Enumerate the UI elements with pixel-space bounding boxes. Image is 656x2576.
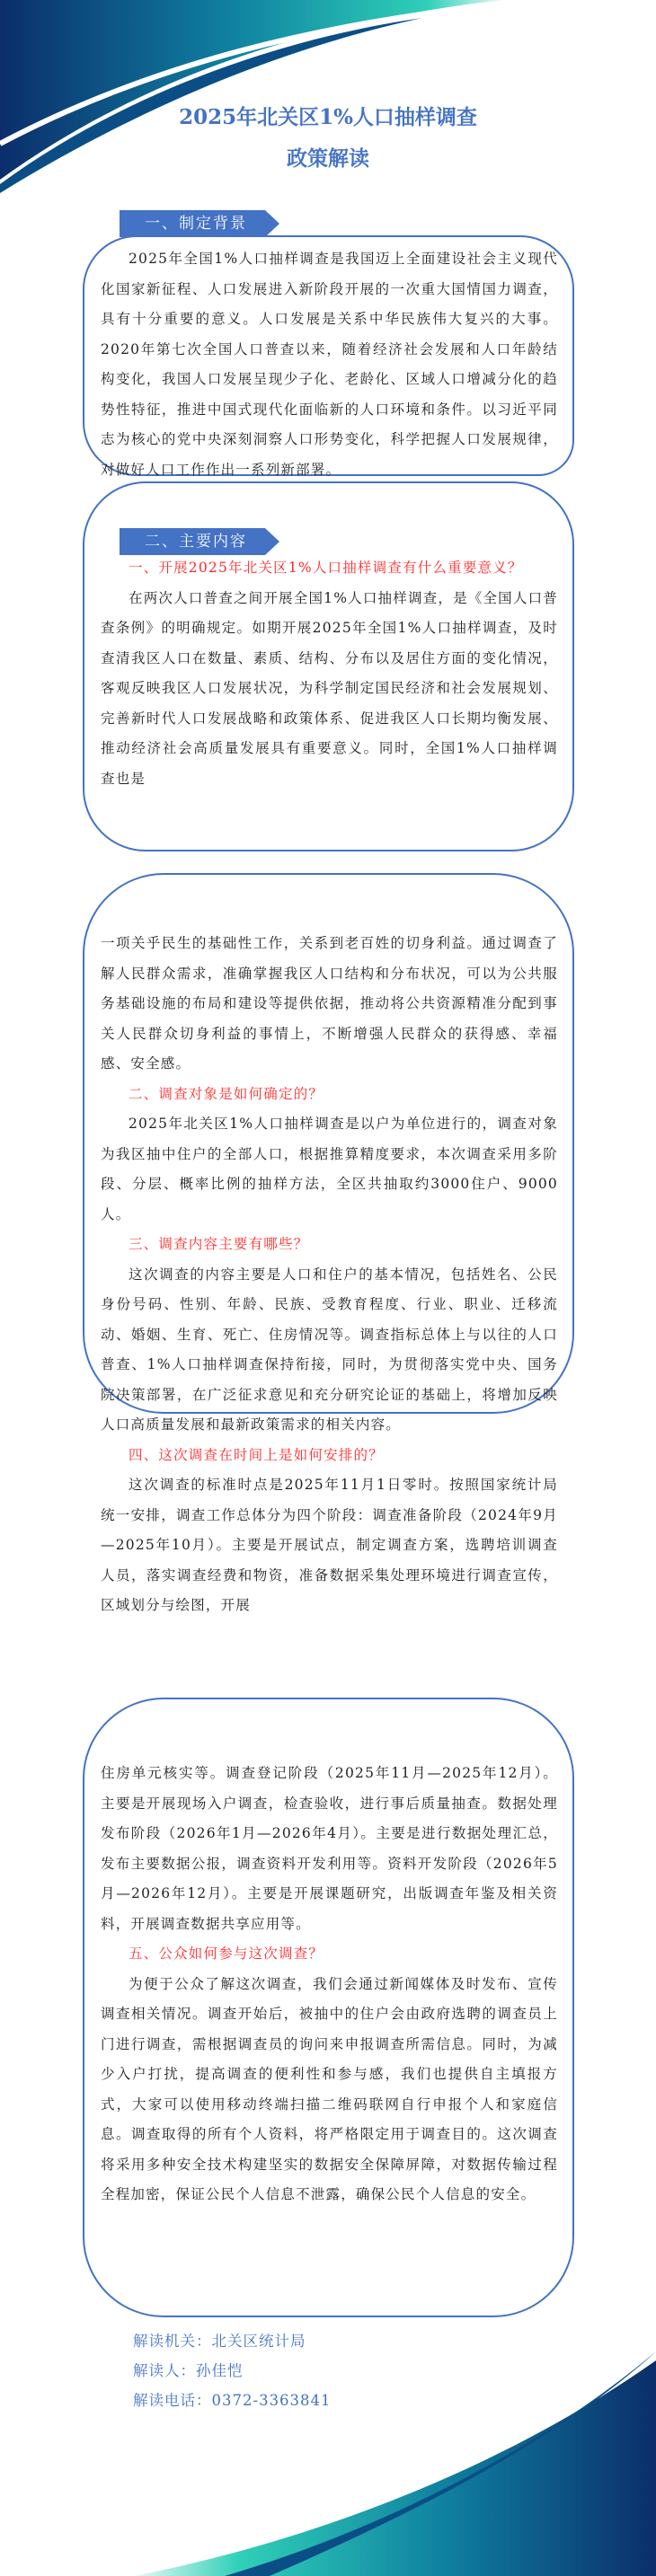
answer-4-continued: 住房单元核实等。调查登记阶段（2025年11月—2025年12月）。主要是开展现…: [101, 1759, 558, 1939]
answer-2: 2025年北关区1%人口抽样调查是以户为单位进行的，调查对象为我区抽中住户的全部…: [101, 1109, 558, 1230]
question-4: 四、这次调查在时间上是如何安排的？: [101, 1441, 558, 1471]
question-3: 三、调查内容主要有哪些？: [101, 1230, 558, 1260]
main-content-box-2: 一项关乎民生的基础性工作，关系到老百姓的切身利益。通过调查了解人民群众需求，准确…: [83, 873, 574, 1414]
question-2: 二、调查对象是如何确定的？: [101, 1080, 558, 1110]
answer-5: 为便于公众了解这次调查，我们会通过新闻媒体及时发布、宣传调查相关情况。调查开始后…: [101, 1970, 558, 2210]
page-subtitle: 政策解读: [0, 142, 656, 172]
section-tag-background: 一、制定背景: [120, 210, 279, 237]
footer-person: 解读人：孙佳恺: [133, 2356, 332, 2386]
page-title: 2025年北关区1%人口抽样调查: [0, 101, 656, 130]
question-5: 五、公众如何参与这次调查？: [101, 1939, 558, 1970]
answer-4: 这次调查的标准时点是2025年11月1日零时。按照国家统计局统一安排，调查工作总…: [101, 1470, 558, 1621]
footer-agency: 解读机关：北关区统计局: [133, 2326, 332, 2356]
section-tag-main-content: 二、主要内容: [120, 528, 279, 555]
background-box: 2025年全国1%人口抽样调查是我国迈上全面建设社会主义现代化国家新征程、人口发…: [83, 235, 574, 476]
answer-3: 这次调查的内容主要是人口和住户的基本情况，包括姓名、公民身份号码、性别、年龄、民…: [101, 1260, 558, 1441]
background-paragraph: 2025年全国1%人口抽样调查是我国迈上全面建设社会主义现代化国家新征程、人口发…: [101, 244, 558, 485]
main-content-box-3: 住房单元核实等。调查登记阶段（2025年11月—2025年12月）。主要是开展现…: [83, 1698, 574, 2317]
footer-info: 解读机关：北关区统计局 解读人：孙佳恺 解读电话：0372-3363841: [133, 2326, 332, 2415]
answer-1: 在两次人口普查之间开展全国1%人口抽样调查，是《全国人口普查条例》的明确规定。如…: [101, 584, 558, 795]
answer-1-continued: 一项关乎民生的基础性工作，关系到老百姓的切身利益。通过调查了解人民群众需求，准确…: [101, 929, 558, 1080]
question-1: 一、开展2025年北关区1%人口抽样调查有什么重要意义？: [101, 553, 558, 584]
footer-phone[interactable]: 解读电话：0372-3363841: [133, 2386, 332, 2415]
